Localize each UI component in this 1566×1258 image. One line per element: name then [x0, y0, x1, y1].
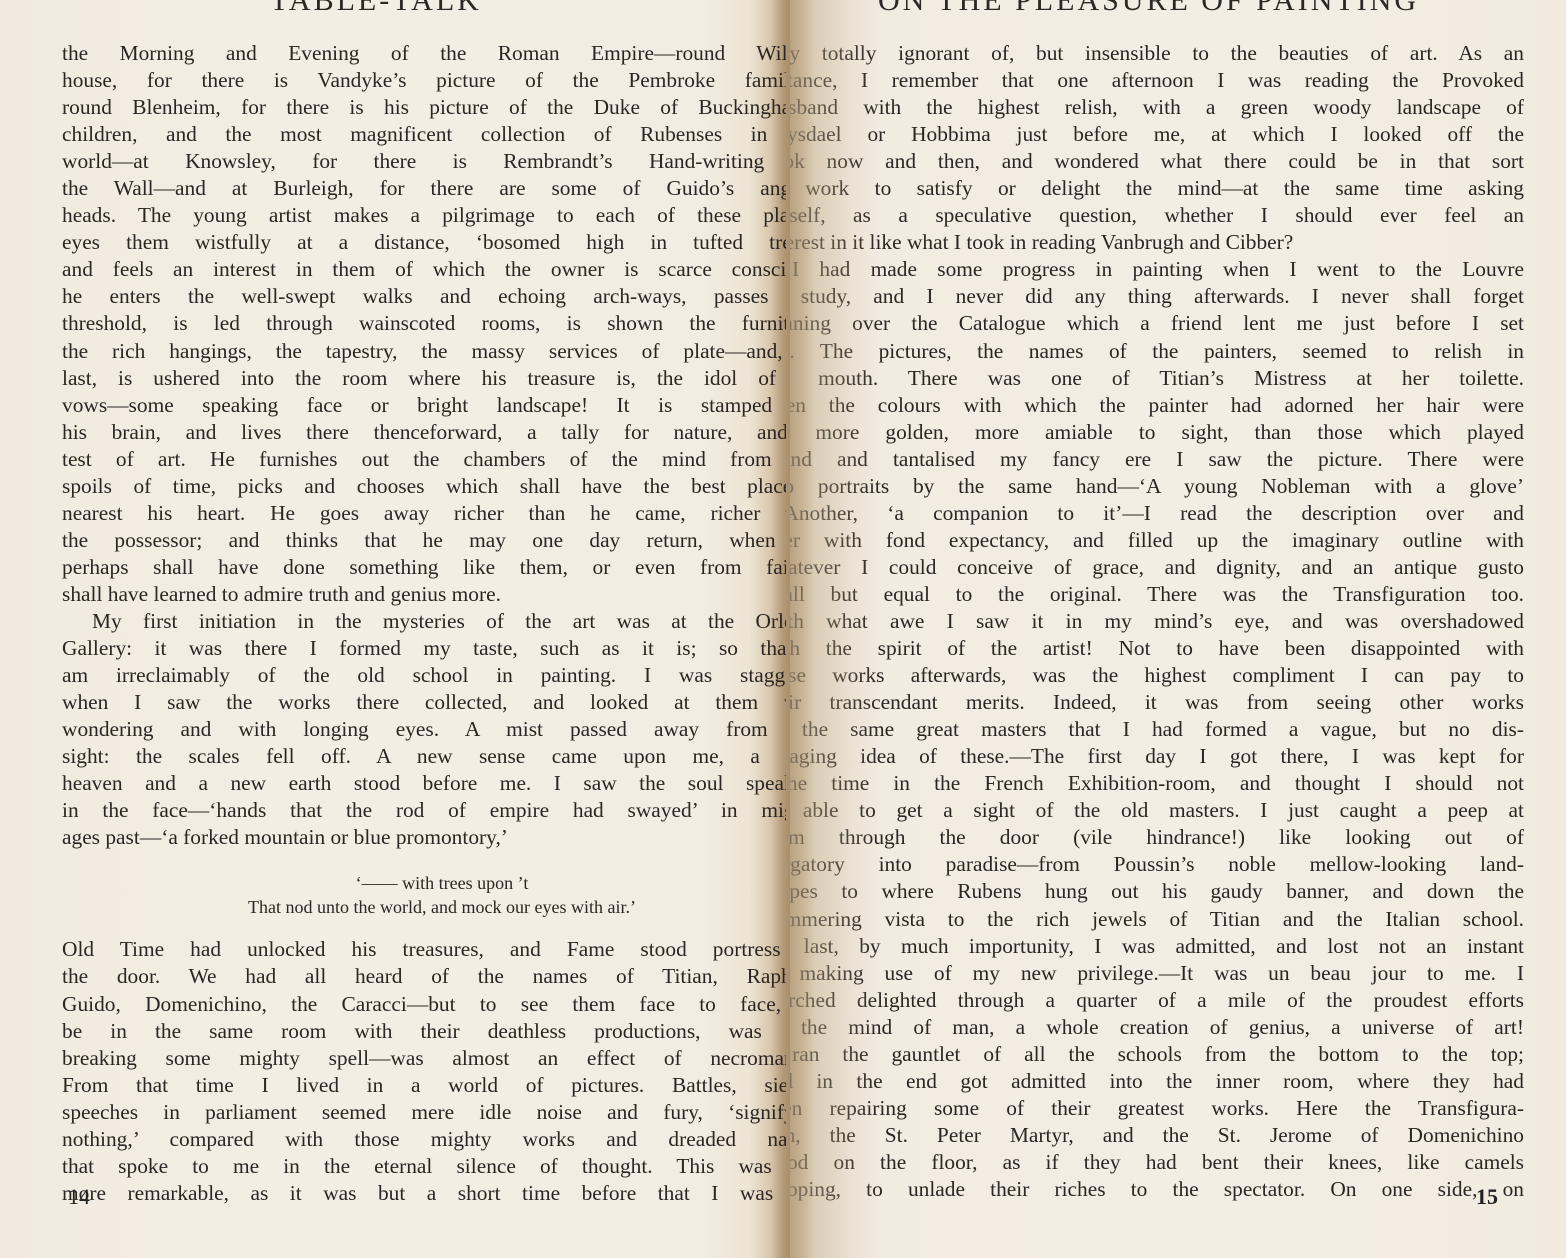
- text-line: scapes to where Rubens hung out his gaud…: [790, 878, 1524, 905]
- text-line: tion, the St. Peter Martyr, and the St. …: [790, 1122, 1524, 1149]
- text-line: purgatory into paradise—from Poussin’s n…: [790, 851, 1524, 878]
- paragraph: Old Time had unlocked his treasures, and…: [62, 936, 786, 1206]
- paragraph: the Morning and Evening of the Roman Emp…: [62, 40, 786, 608]
- text-line: in making use of my new privilege.—It wa…: [790, 960, 1524, 987]
- text-line: From that time I lived in a world of pic…: [62, 1072, 786, 1099]
- text-line: the Morning and Evening of the Roman Emp…: [62, 40, 786, 67]
- text-line: round and tantalised my fancy ere I saw …: [790, 446, 1524, 473]
- text-line: ages past—‘a forked mountain or blue pro…: [62, 824, 786, 851]
- text-line: two portraits by the same hand—‘A young …: [790, 473, 1524, 500]
- text-line: interest in it like what I took in readi…: [790, 229, 1524, 256]
- text-line: Ruysdael or Hobbima just before me, at w…: [790, 121, 1524, 148]
- text-line: out. The pictures, the names of the pain…: [790, 338, 1524, 365]
- text-line: With what awe I saw it in my mind’s eye,…: [790, 608, 1524, 635]
- page-number-left: 14: [68, 1184, 90, 1210]
- text-line: conning over the Catalogue which a frien…: [790, 310, 1524, 337]
- text-line: perhaps shall have done something like t…: [62, 554, 786, 581]
- text-line: speeches in parliament seemed mere idle …: [62, 1099, 786, 1126]
- text-line: —Another, ‘a companion to it’—I read the…: [790, 500, 1524, 527]
- text-line: marched delighted through a quarter of a…: [790, 987, 1524, 1014]
- text-line: Husband with the highest relish, with a …: [790, 94, 1524, 121]
- text-line: these works afterwards, was the highest …: [790, 662, 1524, 689]
- text-line: heads. The young artist makes a pilgrima…: [62, 202, 786, 229]
- text-line: and feels an interest in them of which t…: [62, 256, 786, 283]
- text-line: of the same great masters that I had for…: [790, 716, 1524, 743]
- text-line: with the spirit of the artist! Not to ha…: [790, 635, 1524, 662]
- text-line: that spoke to me in the eternal silence …: [62, 1153, 786, 1180]
- text-line: paraging idea of these.—The first day I …: [790, 743, 1524, 770]
- text-line: I had made some progress in painting whe…: [790, 256, 1524, 283]
- left-page: TABLE-TALK the Morning and Evening of th…: [0, 0, 786, 1258]
- text-line: their transcendant merits. Indeed, it wa…: [790, 689, 1524, 716]
- text-line: instance, I remember that one afternoon …: [790, 67, 1524, 94]
- verse-line: ‘—— with trees upon ’t: [62, 871, 786, 895]
- text-line: book now and then, and wondered what the…: [790, 148, 1524, 175]
- left-page-body: the Morning and Evening of the Roman Emp…: [62, 40, 786, 1207]
- text-line: his brain, and lives there thenceforward…: [62, 419, 786, 446]
- running-head-left: TABLE-TALK: [270, 0, 482, 18]
- verse-quotation: ‘—— with trees upon ’t That nod unto the…: [62, 851, 786, 936]
- text-line: round Blenheim, for there is his picture…: [62, 94, 786, 121]
- text-line: Old Time had unlocked his treasures, and…: [62, 936, 786, 963]
- text-line: over with fond expectancy, and filled up…: [790, 527, 1524, 554]
- text-line: vows—some speaking face or bright landsc…: [62, 392, 786, 419]
- text-line: At last, by much importunity, I was admi…: [790, 933, 1524, 960]
- text-line: the door. We had all heard of the names …: [62, 963, 786, 990]
- text-line: the Wall—and at Burleigh, for there are …: [62, 175, 786, 202]
- text-line: eyes them wistfully at a distance, ‘boso…: [62, 229, 786, 256]
- text-line: am irreclaimably of the old school in pa…: [62, 662, 786, 689]
- text-line: last, is ushered into the room where his…: [62, 365, 786, 392]
- text-line: —all but equal to the original. There wa…: [790, 581, 1524, 608]
- text-line: stood on the floor, as if they had bent …: [790, 1149, 1524, 1176]
- verse-line: That nod unto the world, and mock our ey…: [62, 895, 786, 919]
- text-line: stooping, to unlade their riches to the …: [790, 1176, 1524, 1203]
- text-line: been repairing some of their greatest wo…: [790, 1095, 1524, 1122]
- text-line: wondering and with longing eyes. A mist …: [62, 716, 786, 743]
- text-line: children, and the most magnificent colle…: [62, 121, 786, 148]
- text-line: myself, as a speculative question, wheth…: [790, 202, 1524, 229]
- text-line: My first initiation in the mysteries of …: [62, 608, 786, 635]
- text-line: of work to satisfy or delight the mind—a…: [790, 175, 1524, 202]
- text-line: shall have learned to admire truth and g…: [62, 581, 786, 608]
- text-line: of the mind of man, a whole creation of …: [790, 1014, 1524, 1041]
- text-line: not more golden, more amiable to sight, …: [790, 419, 1524, 446]
- text-line: house, for there is Vandyke’s picture of…: [62, 67, 786, 94]
- text-line: more remarkable, as it was but a short t…: [62, 1180, 786, 1207]
- right-page-body: only totally ignorant of, but insensible…: [790, 40, 1524, 1203]
- text-line: I ran the gauntlet of all the schools fr…: [790, 1041, 1524, 1068]
- right-page: ON THE PLEASURE OF PAINTING only totally…: [790, 0, 1566, 1258]
- text-line: sight: the scales fell off. A new sense …: [62, 743, 786, 770]
- text-line: heaven and a new earth stood before me. …: [62, 770, 786, 797]
- text-line: he enters the well-swept walks and echoi…: [62, 283, 786, 310]
- text-line: world—at Knowsley, for there is Rembrand…: [62, 148, 786, 175]
- text-line: spoils of time, picks and chooses which …: [62, 473, 786, 500]
- paragraph: My first initiation in the mysteries of …: [62, 608, 786, 851]
- paragraph: only totally ignorant of, but insensible…: [790, 40, 1524, 256]
- text-line: whatever I could conceive of grace, and …: [790, 554, 1524, 581]
- paragraph: I had made some progress in painting whe…: [790, 256, 1524, 1203]
- text-line: threshold, is led through wainscoted roo…: [62, 310, 786, 337]
- running-head-right: ON THE PLEASURE OF PAINTING: [878, 0, 1419, 18]
- book-spread: TABLE-TALK the Morning and Evening of th…: [0, 0, 1566, 1258]
- text-line: them through the door (vile hindrance!) …: [790, 824, 1524, 851]
- text-line: Gallery: it was there I formed my taste,…: [62, 635, 786, 662]
- text-line: the possessor; and thinks that he may on…: [62, 527, 786, 554]
- text-line: some time in the French Exhibition-room,…: [790, 770, 1524, 797]
- text-line: to study, and I never did any thing afte…: [790, 283, 1524, 310]
- text-line: be able to get a sight of the old master…: [790, 797, 1524, 824]
- text-line: the mouth. There was one of Titian’s Mis…: [790, 365, 1524, 392]
- text-line: in the face—‘hands that the rod of empir…: [62, 797, 786, 824]
- text-line: Guido, Domenichino, the Caracci—but to s…: [62, 991, 786, 1018]
- text-line: glimmering vista to the rich jewels of T…: [790, 906, 1524, 933]
- text-line: breaking some mighty spell—was almost an…: [62, 1045, 786, 1072]
- text-line: when I saw the works there collected, an…: [62, 689, 786, 716]
- text-line: test of art. He furnishes out the chambe…: [62, 446, 786, 473]
- text-line: the rich hangings, the tapestry, the mas…: [62, 338, 786, 365]
- text-line: and in the end got admitted into the inn…: [790, 1068, 1524, 1095]
- text-line: nearest his heart. He goes away richer t…: [62, 500, 786, 527]
- text-line: be in the same room with their deathless…: [62, 1018, 786, 1045]
- text-line: nothing,’ compared with those mighty wor…: [62, 1126, 786, 1153]
- page-number-right: 15: [1476, 1184, 1498, 1210]
- text-line: Even the colours with which the painter …: [790, 392, 1524, 419]
- text-line: only totally ignorant of, but insensible…: [790, 40, 1524, 67]
